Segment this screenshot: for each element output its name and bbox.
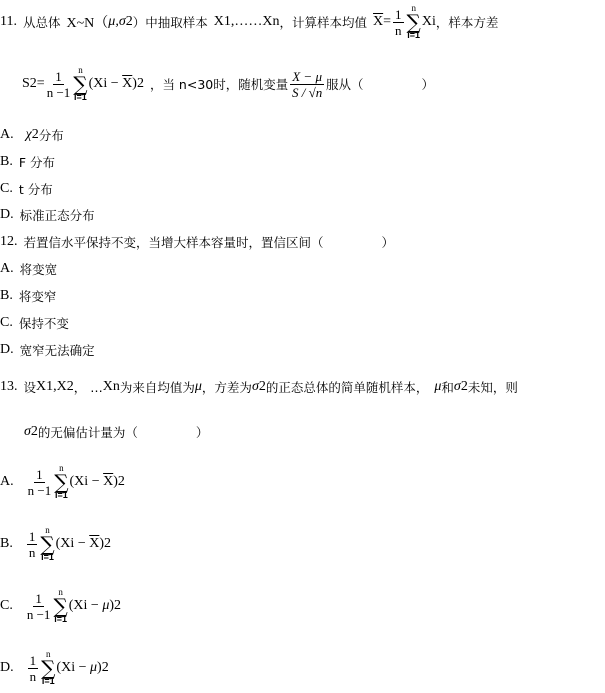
q13-stem-line1: 13. 设 X1, X2 ， … Xn 为来自均值为 μ ，方差为 σ2 的正态… bbox=[0, 377, 518, 397]
sum-bot: i=1 bbox=[74, 93, 87, 102]
option-sum: n∑i=1 bbox=[54, 464, 68, 500]
option-text: 宽窄无法确定 bbox=[20, 341, 95, 359]
q12-option-b[interactable]: B. 将变窄 bbox=[0, 287, 56, 305]
q11-subn: n bbox=[273, 14, 280, 30]
frac-den: n −1 bbox=[28, 483, 52, 497]
option-text: 分布 bbox=[39, 126, 64, 144]
q11-s: S bbox=[22, 76, 30, 92]
option-label: D. bbox=[0, 342, 14, 358]
q11-option-b[interactable]: B. F 分布 bbox=[0, 153, 55, 171]
q11-x1: X bbox=[214, 14, 224, 30]
sum-bot: i=1 bbox=[54, 615, 67, 624]
frac-num: X − μ bbox=[290, 70, 324, 85]
option-text: 将变窄 bbox=[19, 287, 57, 305]
q13-x2: X bbox=[57, 379, 67, 395]
q11-stem-line2: S2 = 1n −1 n∑i=1 (Xi − X )2 ，当 n<30时，随机变… bbox=[22, 62, 434, 106]
q13-sq: 2 bbox=[259, 379, 266, 395]
option-target: μ bbox=[102, 598, 109, 614]
option-label: B. bbox=[0, 288, 13, 304]
sum-sign: ∑ bbox=[41, 659, 55, 677]
q13-text-h: 的无偏估计量为（ bbox=[38, 423, 138, 441]
q11-sum-mean: n∑i=1 bbox=[407, 4, 421, 40]
q13-text-c: 为来自均值为 bbox=[120, 378, 195, 396]
q11-dist: X~N（ bbox=[67, 12, 109, 32]
q12-option-c[interactable]: C. 保持不变 bbox=[0, 314, 69, 332]
q11-text-f: 服从（ bbox=[326, 75, 364, 93]
q11-text-c: ，计算样本均值 bbox=[280, 13, 368, 31]
sum-sign: ∑ bbox=[53, 597, 67, 615]
sum-sign: ∑ bbox=[40, 535, 54, 553]
q12-close: ） bbox=[382, 233, 395, 251]
q13-close: ） bbox=[196, 423, 209, 441]
q11-number: 11. bbox=[0, 14, 17, 30]
sum-sign: ∑ bbox=[54, 473, 68, 491]
sum-bot: i=1 bbox=[407, 31, 420, 40]
option-sq: 2 bbox=[118, 474, 125, 490]
q13-sub1: 1 bbox=[46, 379, 53, 395]
option-frac: 1n −1 bbox=[27, 592, 51, 621]
q13-text-f: 和 bbox=[441, 378, 454, 396]
q11-s-sup: 2 bbox=[30, 76, 37, 92]
option-text: F 分布 bbox=[19, 153, 55, 171]
frac-num: 1 bbox=[34, 468, 45, 483]
q12-stem: 12. 若置信水平保持不变，当增大样本容量时，置信区间（ ） bbox=[0, 233, 394, 251]
q11-stem-line1: 11. 从总体 X~N（ μ, σ2 ）中抽取样本 X1 ,…… Xn ，计算样… bbox=[0, 4, 498, 40]
option-label: B. bbox=[0, 536, 13, 552]
q11-sq: 2 bbox=[126, 14, 133, 30]
q13-sub2: 2 bbox=[67, 379, 74, 395]
q13-text-g: 未知，则 bbox=[468, 378, 518, 396]
q11-option-c[interactable]: C. t 分布 bbox=[0, 180, 53, 198]
chi-sup: 2 bbox=[32, 127, 39, 143]
q13-x1: X bbox=[36, 379, 46, 395]
q13-option-d[interactable]: D. 1n n∑i=1 (Xi − μ)2 bbox=[0, 646, 109, 690]
option-x: X bbox=[74, 474, 84, 490]
q13-dots: ， … bbox=[74, 378, 103, 396]
q11-dots: ,…… bbox=[231, 14, 263, 30]
q11-mu: μ, bbox=[108, 14, 119, 30]
option-sq: 2 bbox=[114, 598, 121, 614]
option-target: X bbox=[103, 474, 113, 490]
q13-sigma2: σ bbox=[454, 379, 461, 395]
option-label: C. bbox=[0, 315, 13, 331]
sum-sign: ∑ bbox=[407, 13, 421, 31]
option-sum: n∑i=1 bbox=[41, 650, 55, 686]
option-minus: − bbox=[74, 536, 89, 552]
q11-close: ） bbox=[422, 75, 435, 93]
q13-subn: n bbox=[113, 379, 120, 395]
frac-num: 1 bbox=[27, 530, 38, 545]
frac-den: n bbox=[29, 545, 36, 559]
q11-sub1: 1 bbox=[224, 14, 231, 30]
option-target: X bbox=[89, 536, 99, 552]
q11-text-d: ，样本方差 bbox=[436, 13, 499, 31]
q13-xn: X bbox=[103, 379, 113, 395]
option-label: A. bbox=[0, 474, 14, 490]
q11-xi: X bbox=[422, 14, 432, 30]
option-text: 标准正态分布 bbox=[20, 206, 95, 224]
q11-text: 从总体 bbox=[23, 13, 61, 31]
q13-mu: μ bbox=[195, 379, 202, 395]
q12-option-a[interactable]: A. 将变宽 bbox=[0, 260, 57, 278]
q11-option-d[interactable]: D. 标准正态分布 bbox=[0, 206, 95, 224]
option-text: 将变宽 bbox=[20, 260, 58, 278]
frac-den: n −1 bbox=[27, 607, 51, 621]
frac-den: S / √n bbox=[292, 85, 322, 99]
option-frac: 1n bbox=[27, 530, 38, 559]
q11-text-e: ，当 n<30时，随机变量 bbox=[150, 75, 288, 93]
option-label: B. bbox=[0, 154, 13, 170]
q11-sigma: σ bbox=[119, 14, 126, 30]
q13-sigma: σ bbox=[252, 379, 259, 395]
q13-text: 设 bbox=[24, 378, 37, 396]
q13-sigma3: σ bbox=[24, 424, 31, 440]
q11-term: (X bbox=[89, 76, 104, 92]
q11-eq2: = bbox=[37, 76, 45, 92]
q11-xbar: X bbox=[373, 14, 383, 30]
q13-option-c[interactable]: C. 1n −1 n∑i=1 (Xi − μ)2 bbox=[0, 584, 121, 628]
q12-option-d[interactable]: D. 宽窄无法确定 bbox=[0, 341, 95, 359]
option-label: A. bbox=[0, 261, 14, 277]
option-label: C. bbox=[0, 181, 13, 197]
frac-num: 1 bbox=[53, 70, 64, 85]
frac-den: n bbox=[395, 23, 402, 37]
q11-sq2: 2 bbox=[137, 76, 144, 92]
q13-sq3: 2 bbox=[31, 424, 38, 440]
q11-frac-rv: X − μS / √n bbox=[290, 70, 324, 99]
option-label: A. bbox=[0, 127, 14, 143]
option-label: C. bbox=[0, 598, 13, 614]
option-text: t 分布 bbox=[19, 180, 53, 198]
q11-xn: X bbox=[262, 14, 272, 30]
q11-eq: = bbox=[383, 14, 391, 30]
option-sum: n∑i=1 bbox=[53, 588, 67, 624]
option-sq: 2 bbox=[102, 660, 109, 676]
q11-sum-var: n∑i=1 bbox=[73, 66, 87, 102]
q12-number: 12. bbox=[0, 234, 18, 250]
option-target: μ bbox=[90, 660, 97, 676]
frac-den: n −1 bbox=[47, 85, 71, 99]
option-x: X bbox=[73, 598, 83, 614]
option-label: D. bbox=[0, 660, 14, 676]
q12-text: 若置信水平保持不变，当增大样本容量时，置信区间（ bbox=[24, 233, 324, 251]
q11-frac-mean: 1n bbox=[393, 8, 404, 37]
option-x: X bbox=[61, 660, 71, 676]
option-sq: 2 bbox=[104, 536, 111, 552]
q13-option-b[interactable]: B. 1n n∑i=1 (Xi − X)2 bbox=[0, 522, 111, 566]
option-minus: − bbox=[87, 598, 102, 614]
q13-mu2: μ bbox=[434, 379, 441, 395]
q13-text-d: ，方差为 bbox=[202, 378, 252, 396]
option-sum: n∑i=1 bbox=[40, 526, 54, 562]
frac-num: 1 bbox=[393, 8, 404, 23]
frac-num: 1 bbox=[28, 654, 39, 669]
q11-xbar2: X bbox=[122, 76, 132, 92]
sum-bot: i=1 bbox=[41, 553, 54, 562]
q11-option-a[interactable]: A. χ2 分布 bbox=[0, 126, 64, 144]
option-minus: − bbox=[88, 474, 103, 490]
option-frac: 1n bbox=[28, 654, 39, 683]
q11-frac-var: 1n −1 bbox=[47, 70, 71, 99]
q13-sq2: 2 bbox=[461, 379, 468, 395]
q13-option-a[interactable]: A. 1n −1 n∑i=1 (Xi − X)2 bbox=[0, 460, 125, 504]
q11-text-b: ）中抽取样本 bbox=[133, 13, 208, 31]
frac-num: 1 bbox=[33, 592, 44, 607]
sum-bot: i=1 bbox=[42, 677, 55, 686]
frac-den: n bbox=[30, 669, 37, 683]
option-label: D. bbox=[0, 207, 14, 223]
q13-text-e: 的正态总体的简单随机样本， bbox=[266, 378, 429, 396]
option-text: 保持不变 bbox=[19, 314, 69, 332]
sum-sign: ∑ bbox=[73, 75, 87, 93]
option-minus: − bbox=[75, 660, 90, 676]
option-x: X bbox=[60, 536, 70, 552]
sum-bot: i=1 bbox=[55, 491, 68, 500]
q13-stem-line2: σ2 的无偏估计量为（ ） bbox=[24, 422, 208, 442]
option-frac: 1n −1 bbox=[28, 468, 52, 497]
q13-number: 13. bbox=[0, 379, 18, 395]
